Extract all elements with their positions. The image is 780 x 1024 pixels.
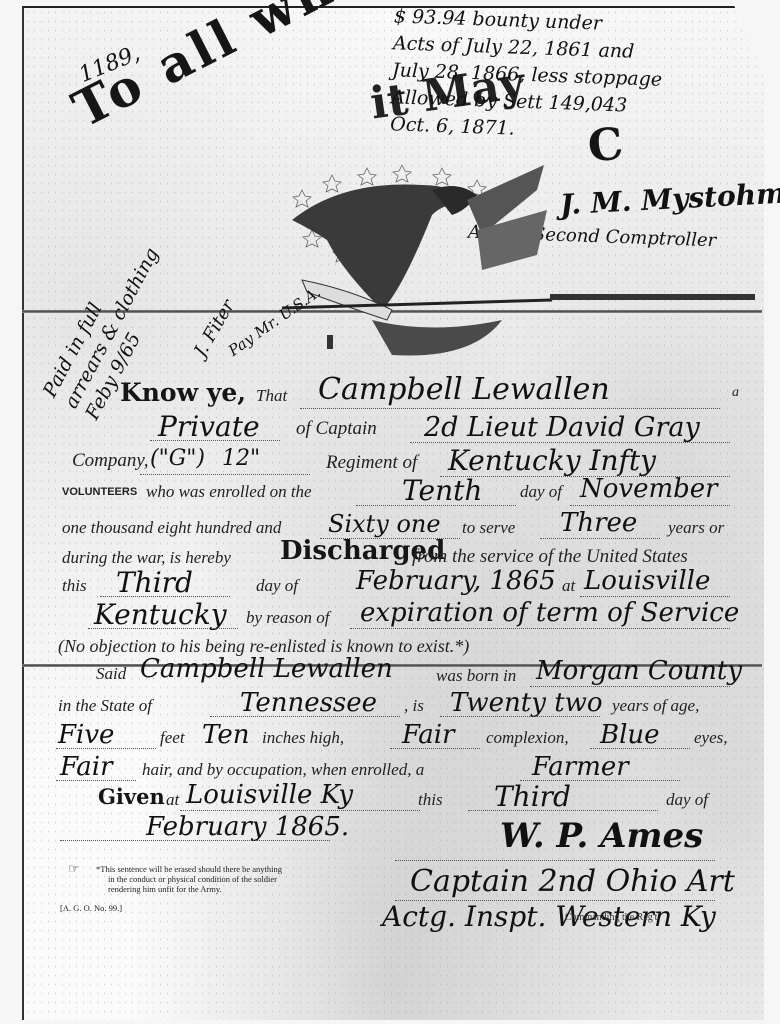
officer-signature: W. P. Ames bbox=[500, 816, 703, 856]
label-regiment: Regiment of bbox=[326, 452, 417, 474]
eagle-icon bbox=[282, 160, 552, 360]
hair-color: Fair bbox=[60, 752, 113, 782]
fill-line bbox=[570, 505, 730, 506]
label-is: , is bbox=[404, 696, 424, 716]
label-years-of-age: years of age, bbox=[612, 696, 699, 716]
fill-line bbox=[350, 628, 730, 629]
footnote-line: rendering him unfit for the Army. bbox=[96, 884, 282, 894]
height-feet: Five bbox=[58, 720, 114, 750]
label-day-of: day of bbox=[666, 790, 708, 810]
discharge-state: Kentucky bbox=[94, 598, 227, 631]
captain-name: 2d Lieut David Gray bbox=[424, 412, 700, 443]
fill-line bbox=[180, 810, 420, 811]
regiment-state: Kentucky Infty bbox=[448, 444, 656, 477]
eye-color: Blue bbox=[600, 720, 660, 750]
label-during-war: during the war, is hereby bbox=[62, 548, 231, 568]
label-eyes: eyes, bbox=[694, 728, 728, 748]
label-feet: feet bbox=[160, 728, 185, 748]
label-year-prefix: one thousand eight hundred and bbox=[62, 518, 281, 538]
engraving-rule bbox=[550, 294, 755, 300]
enrolled-year: Sixty one bbox=[328, 510, 441, 538]
fill-line bbox=[530, 686, 730, 687]
officer-post: Actg. Inspt. Western Ky bbox=[382, 900, 716, 933]
fill-line bbox=[395, 860, 715, 861]
label-enrolled: who was enrolled on the bbox=[146, 482, 312, 502]
height-inches: Ten bbox=[202, 720, 249, 750]
label-of-captain: of Captain bbox=[296, 418, 377, 440]
form-reference: [A. G. O. No. 99.] bbox=[60, 903, 122, 913]
eagle-vignette bbox=[282, 160, 552, 360]
complexion: Fair bbox=[402, 720, 455, 750]
fill-line bbox=[580, 596, 730, 597]
fill-line bbox=[540, 538, 660, 539]
fill-line bbox=[210, 716, 400, 717]
label-at: at bbox=[562, 576, 575, 596]
officer-rank: Captain 2nd Ohio Art bbox=[410, 864, 735, 899]
birth-county: Morgan County bbox=[536, 656, 742, 686]
discharge-place: Louisville bbox=[584, 566, 710, 596]
label-this: this bbox=[62, 576, 87, 596]
fill-line bbox=[100, 596, 230, 597]
label-day-of: day of bbox=[520, 482, 562, 502]
company-letter: ("G") bbox=[150, 446, 205, 471]
label-by-reason: by reason of bbox=[246, 608, 329, 628]
label-inches: inches high, bbox=[262, 728, 344, 748]
footnote-text: *This sentence will be erased should the… bbox=[96, 864, 282, 894]
label-that: That bbox=[256, 386, 287, 406]
pointing-hand-icon: ☞ bbox=[68, 864, 80, 874]
given-day: Third bbox=[494, 780, 571, 813]
label-from-service: from the service of the United States bbox=[412, 546, 688, 568]
label-to-serve: to serve bbox=[462, 518, 515, 538]
label-company: Company, bbox=[72, 450, 149, 472]
term-of-service: Three bbox=[560, 508, 637, 538]
volunteers-label: VOLUNTEERS bbox=[62, 486, 137, 498]
fill-line bbox=[56, 780, 136, 781]
fill-line bbox=[56, 748, 156, 749]
fill-line bbox=[356, 505, 516, 506]
said-soldier-name: Campbell Lewallen bbox=[140, 654, 393, 684]
label-day-of: day of bbox=[256, 576, 298, 596]
fill-line bbox=[140, 474, 310, 475]
fill-line bbox=[590, 748, 690, 749]
label-years-or: years or bbox=[668, 518, 724, 538]
given-heading: Given bbox=[98, 784, 165, 809]
label-at: at bbox=[166, 790, 179, 810]
birth-state: Tennessee bbox=[240, 688, 377, 718]
soldier-rank: Private bbox=[158, 410, 260, 443]
footnote-line: *This sentence will be erased should the… bbox=[96, 864, 282, 874]
occupation: Farmer bbox=[532, 752, 629, 782]
label-complexion: complexion, bbox=[486, 728, 569, 748]
footnote-line: in the conduct or physical condition of … bbox=[96, 874, 282, 884]
label-said: Said bbox=[96, 664, 126, 684]
label-hair-occupation: hair, and by occupation, when enrolled, … bbox=[142, 760, 424, 780]
fill-line bbox=[300, 408, 720, 409]
given-month-year: February 1865. bbox=[146, 812, 349, 842]
age: Twenty two bbox=[450, 688, 603, 718]
label-born-in: was born in bbox=[436, 666, 516, 686]
given-place: Louisville Ky bbox=[186, 780, 353, 810]
fill-line bbox=[390, 748, 480, 749]
regiment-number: 12" bbox=[222, 446, 260, 471]
soldier-name: Campbell Lewallen bbox=[318, 372, 610, 407]
label-this: this bbox=[418, 790, 443, 810]
know-ye-heading: Know ye, bbox=[120, 378, 246, 407]
enrolled-day: Tenth bbox=[402, 474, 482, 507]
fill-line bbox=[88, 628, 238, 629]
fill-line bbox=[410, 442, 730, 443]
fill-line bbox=[60, 840, 330, 841]
bounty-annotation: $ 93.94 bounty under Acts of July 22, 18… bbox=[390, 3, 665, 147]
discharge-day: Third bbox=[116, 566, 193, 599]
commanding-label: Commanding the Reg't. bbox=[565, 912, 660, 923]
discharge-month-year: February, 1865 bbox=[356, 566, 556, 596]
discharge-reason: expiration of term of Service bbox=[360, 598, 739, 628]
label-in-state: in the State of bbox=[58, 696, 152, 716]
label-a: a bbox=[732, 385, 739, 401]
fill-line bbox=[468, 810, 658, 811]
fill-line bbox=[440, 716, 600, 717]
enrolled-month: November bbox=[580, 474, 718, 504]
fill-line bbox=[150, 440, 280, 441]
